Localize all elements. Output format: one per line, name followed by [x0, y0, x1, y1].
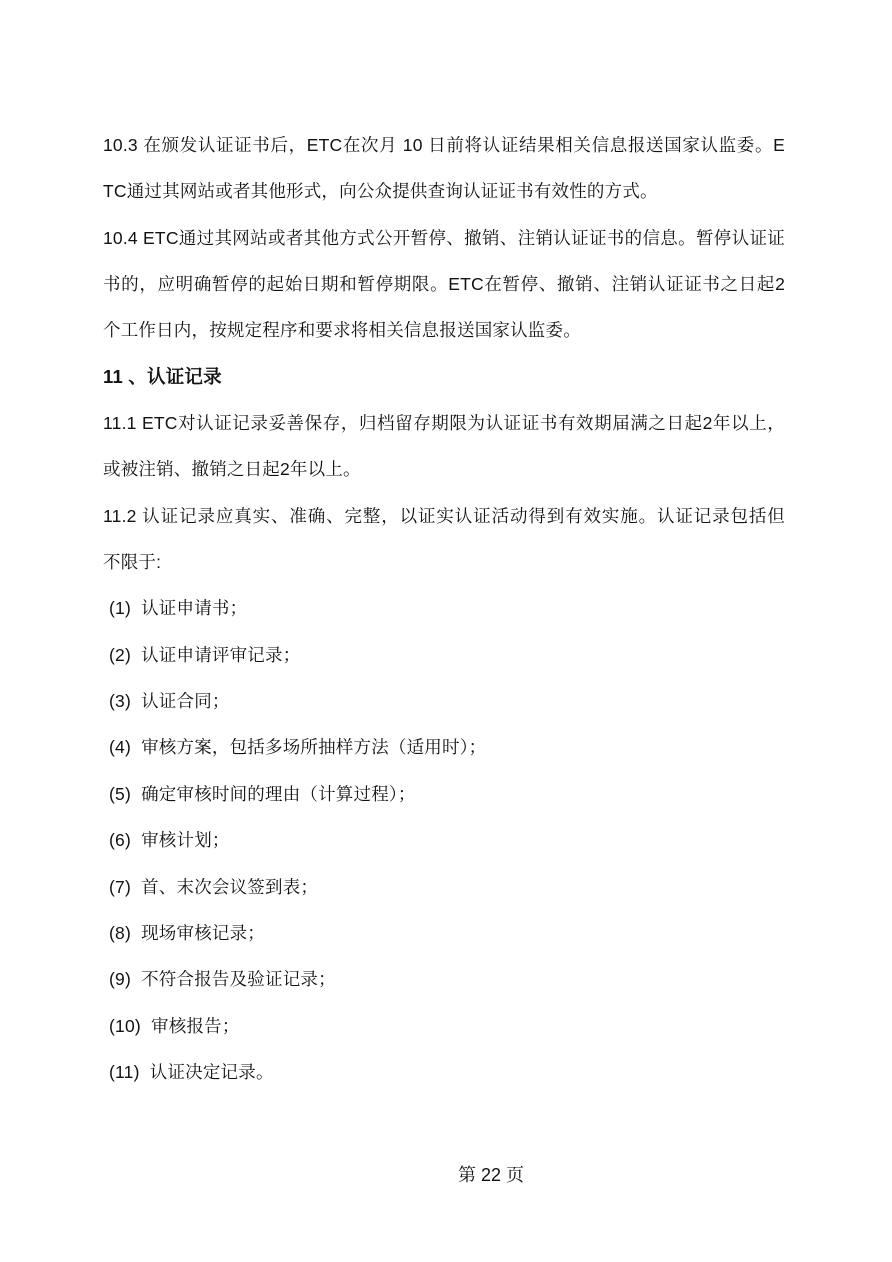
- text-line: (8) 现场审核记录；: [103, 910, 785, 956]
- page-number-label: 第 22 页: [458, 1165, 524, 1185]
- text-line: (4) 审核方案，包括多场所抽样方法（适用时）；: [103, 724, 785, 770]
- document-page: 10.3 在颁发认证证书后，ETC在次月 10 日前将认证结果相关信息报送国家认…: [0, 0, 892, 1262]
- text-line: (7) 首、末次会议签到表；: [103, 864, 785, 910]
- text-line: (6) 审核计划；: [103, 817, 785, 863]
- text-line: TC通过其网站或者其他形式，向公众提供查询认证证书有效性的方式。: [103, 168, 785, 214]
- text-line: (10) 审核报告；: [103, 1003, 785, 1049]
- text-line: (9) 不符合报告及验证记录；: [103, 956, 785, 1002]
- text-line: (3) 认证合同；: [103, 678, 785, 724]
- text-line: 个工作日内，按规定程序和要求将相关信息报送国家认监委。: [103, 307, 785, 353]
- text-line: 或被注销、撤销之日起2年以上。: [103, 446, 785, 492]
- page-footer: 第 22 页: [90, 1160, 892, 1190]
- text-line: 11.1 ETC对认证记录妥善保存，归档留存期限为认证证书有效期届满之日起2年以…: [103, 400, 785, 446]
- text-line: 11.2 认证记录应真实、准确、完整，以证实认证活动得到有效实施。认证记录包括但: [103, 493, 785, 539]
- text-line: (1) 认证申请书；: [103, 585, 785, 631]
- text-line: (11) 认证决定记录。: [103, 1049, 785, 1095]
- text-line: (5) 确定审核时间的理由（计算过程）；: [103, 771, 785, 817]
- text-line: 10.4 ETC通过其网站或者其他方式公开暂停、撤销、注销认证证书的信息。暂停认…: [103, 215, 785, 261]
- text-line: (2) 认证申请评审记录；: [103, 632, 785, 678]
- text-line: 10.3 在颁发认证证书后，ETC在次月 10 日前将认证结果相关信息报送国家认…: [103, 122, 785, 168]
- text-line: 书的，应明确暂停的起始日期和暂停期限。ETC在暂停、撤销、注销认证证书之日起2: [103, 261, 785, 307]
- section-heading-line: 11 、认证记录: [103, 354, 785, 400]
- document-text-block: 10.3 在颁发认证证书后，ETC在次月 10 日前将认证结果相关信息报送国家认…: [103, 122, 785, 1095]
- text-line: 不限于:: [103, 539, 785, 585]
